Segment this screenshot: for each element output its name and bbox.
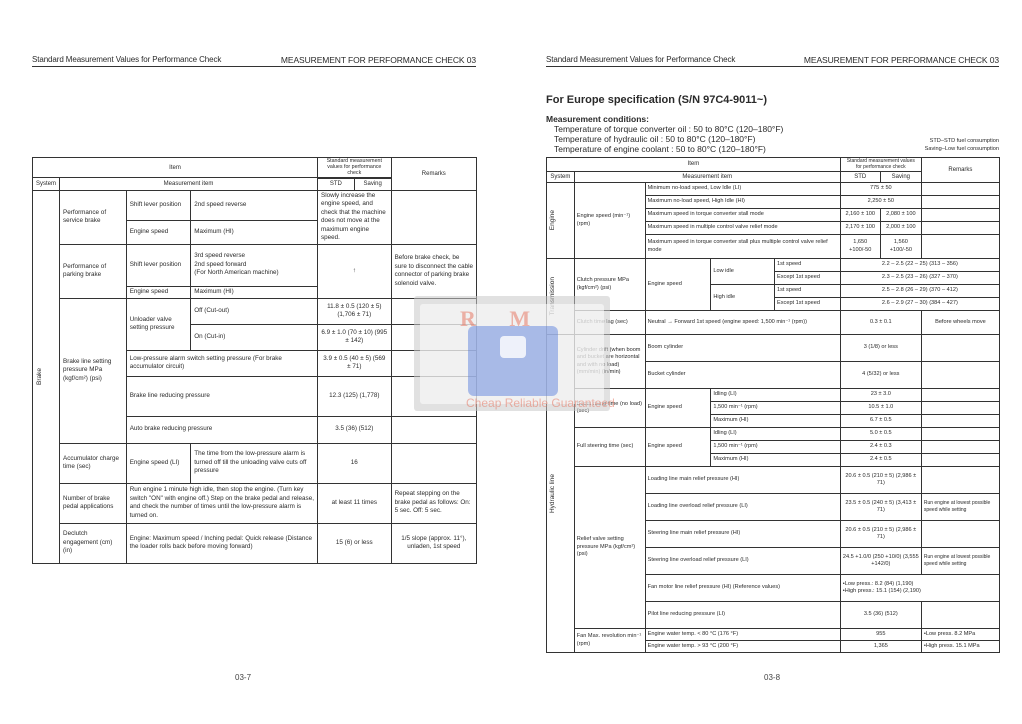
- col-measurement-item: Measurement item: [60, 178, 318, 190]
- col-std-values: Standard measurement values for performa…: [318, 158, 392, 178]
- legend-saving: Saving–Low fuel consumption: [925, 146, 999, 152]
- conditions-heading: Measurement conditions:: [546, 114, 649, 124]
- watermark-tagline: Cheap Reliable Guaranteed: [466, 396, 615, 410]
- legend-std: STD–STD fuel consumption: [930, 138, 999, 144]
- running-header: Standard Measurement Values for Performa…: [32, 53, 476, 67]
- wrench-logo-icon: [468, 326, 558, 396]
- same-as-above-arrow: ↑: [318, 244, 392, 298]
- running-header: Standard Measurement Values for Performa…: [546, 53, 999, 67]
- col-remarks: Remarks: [391, 158, 476, 191]
- col-item: Item: [33, 158, 318, 178]
- brake-measurement-table: Item Standard measurement values for per…: [32, 157, 477, 564]
- header-chapter-title: MEASUREMENT FOR PERFORMANCE CHECK 03: [281, 55, 476, 65]
- col-system: System: [33, 178, 60, 190]
- col-std: STD: [318, 179, 355, 190]
- page-number: 03-8: [764, 673, 780, 682]
- condition-hydraulic-oil: Temperature of hydraulic oil : 50 to 80°…: [554, 134, 755, 144]
- system-engine: Engine: [547, 183, 575, 259]
- watermark: R M Cheap Reliable Guaranteed: [414, 296, 610, 411]
- col-saving: Saving: [354, 179, 391, 190]
- europe-spec-title: For Europe specification (S/N 97C4-9011~…: [546, 94, 767, 106]
- system-brake: Brake: [33, 190, 60, 563]
- condition-engine-coolant: Temperature of engine coolant : 50 to 80…: [554, 144, 766, 154]
- page-number: 03-7: [235, 673, 251, 682]
- condition-torque-converter: Temperature of torque converter oil : 50…: [554, 124, 783, 134]
- header-section-title: Standard Measurement Values for Performa…: [546, 55, 735, 64]
- header-section-title: Standard Measurement Values for Performa…: [32, 55, 221, 64]
- header-chapter-title: MEASUREMENT FOR PERFORMANCE CHECK 03: [804, 55, 999, 65]
